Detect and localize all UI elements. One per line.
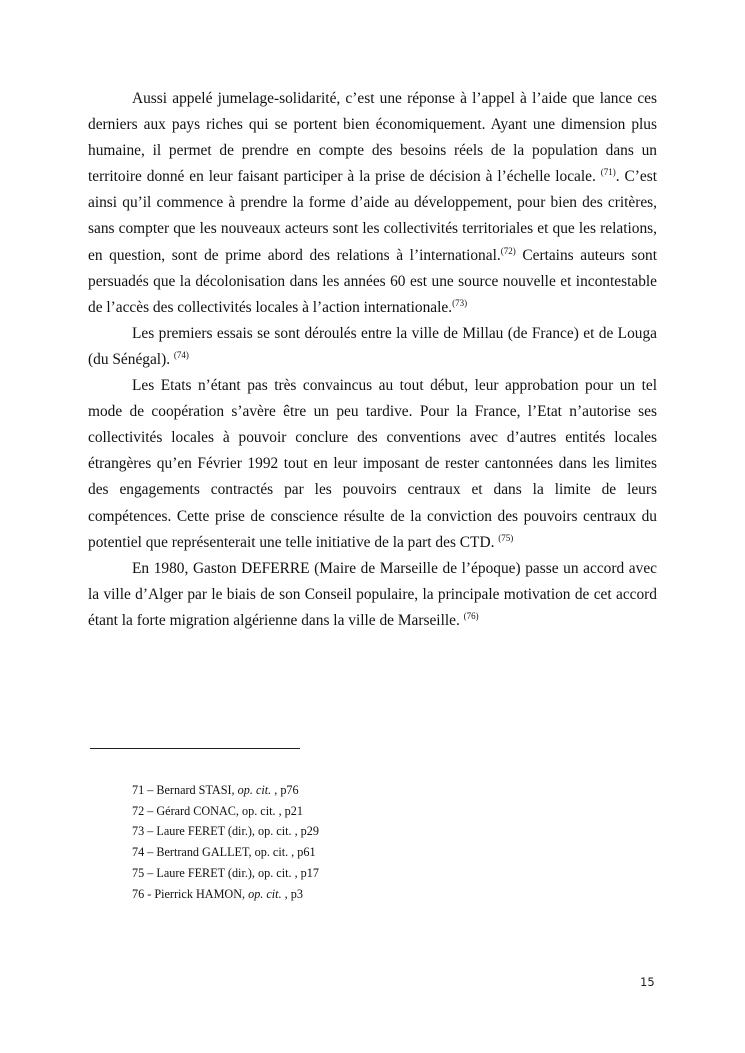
footnote-75: 75 – Laure FERET (dir.), op. cit. , p17 <box>132 863 319 884</box>
footnote-text: , p3 <box>282 887 303 901</box>
footnote-ref-71[interactable]: (71) <box>601 167 616 177</box>
footnote-ref-74[interactable]: (74) <box>174 350 189 360</box>
footnote-text: 73 – Laure FERET (dir.), op. cit. , p29 <box>132 824 319 838</box>
footnote-separator <box>90 748 300 749</box>
paragraph-text: Les Etats n’étant pas très convaincus au… <box>88 377 657 551</box>
page-number: 15 <box>640 975 655 989</box>
footnote-text: 72 – Gérard CONAC, op. cit. , p21 <box>132 804 303 818</box>
footnote-italic: op. cit. <box>238 783 272 797</box>
footnote-italic: op. cit. <box>248 887 282 901</box>
footnote-71: 71 – Bernard STASI, op. cit. , p76 <box>132 780 319 801</box>
footnotes: 71 – Bernard STASI, op. cit. , p76 72 – … <box>132 780 319 904</box>
footnote-text: , p76 <box>271 783 298 797</box>
footnote-text: 75 – Laure FERET (dir.), op. cit. , p17 <box>132 866 319 880</box>
footnote-text: 76 - Pierrick HAMON, <box>132 887 248 901</box>
footnote-ref-75[interactable]: (75) <box>498 533 513 543</box>
paragraph-1: Aussi appelé jumelage-solidarité, c’est … <box>88 86 657 321</box>
paragraph-text: Aussi appelé jumelage-solidarité, c’est … <box>88 90 657 185</box>
footnote-ref-72[interactable]: (72) <box>501 246 516 256</box>
footnote-73: 73 – Laure FERET (dir.), op. cit. , p29 <box>132 821 319 842</box>
paragraph-2: Les premiers essais se sont déroulés ent… <box>88 321 657 373</box>
footnote-76: 76 - Pierrick HAMON, op. cit. , p3 <box>132 884 319 905</box>
footnote-ref-76[interactable]: (76) <box>464 611 479 621</box>
paragraph-text: Les premiers essais se sont déroulés ent… <box>88 325 657 368</box>
footnote-74: 74 – Bertrand GALLET, op. cit. , p61 <box>132 842 319 863</box>
footnote-text: 74 – Bertrand GALLET, op. cit. , p61 <box>132 845 316 859</box>
paragraph-3: Les Etats n’étant pas très convaincus au… <box>88 373 657 556</box>
footnote-72: 72 – Gérard CONAC, op. cit. , p21 <box>132 801 319 822</box>
body-text: Aussi appelé jumelage-solidarité, c’est … <box>88 86 657 634</box>
paragraph-4: En 1980, Gaston DEFERRE (Maire de Marsei… <box>88 556 657 634</box>
footnote-ref-73[interactable]: (73) <box>452 298 467 308</box>
paragraph-text: En 1980, Gaston DEFERRE (Maire de Marsei… <box>88 560 657 629</box>
document-page: Aussi appelé jumelage-solidarité, c’est … <box>0 0 745 1053</box>
footnote-text: 71 – Bernard STASI, <box>132 783 238 797</box>
